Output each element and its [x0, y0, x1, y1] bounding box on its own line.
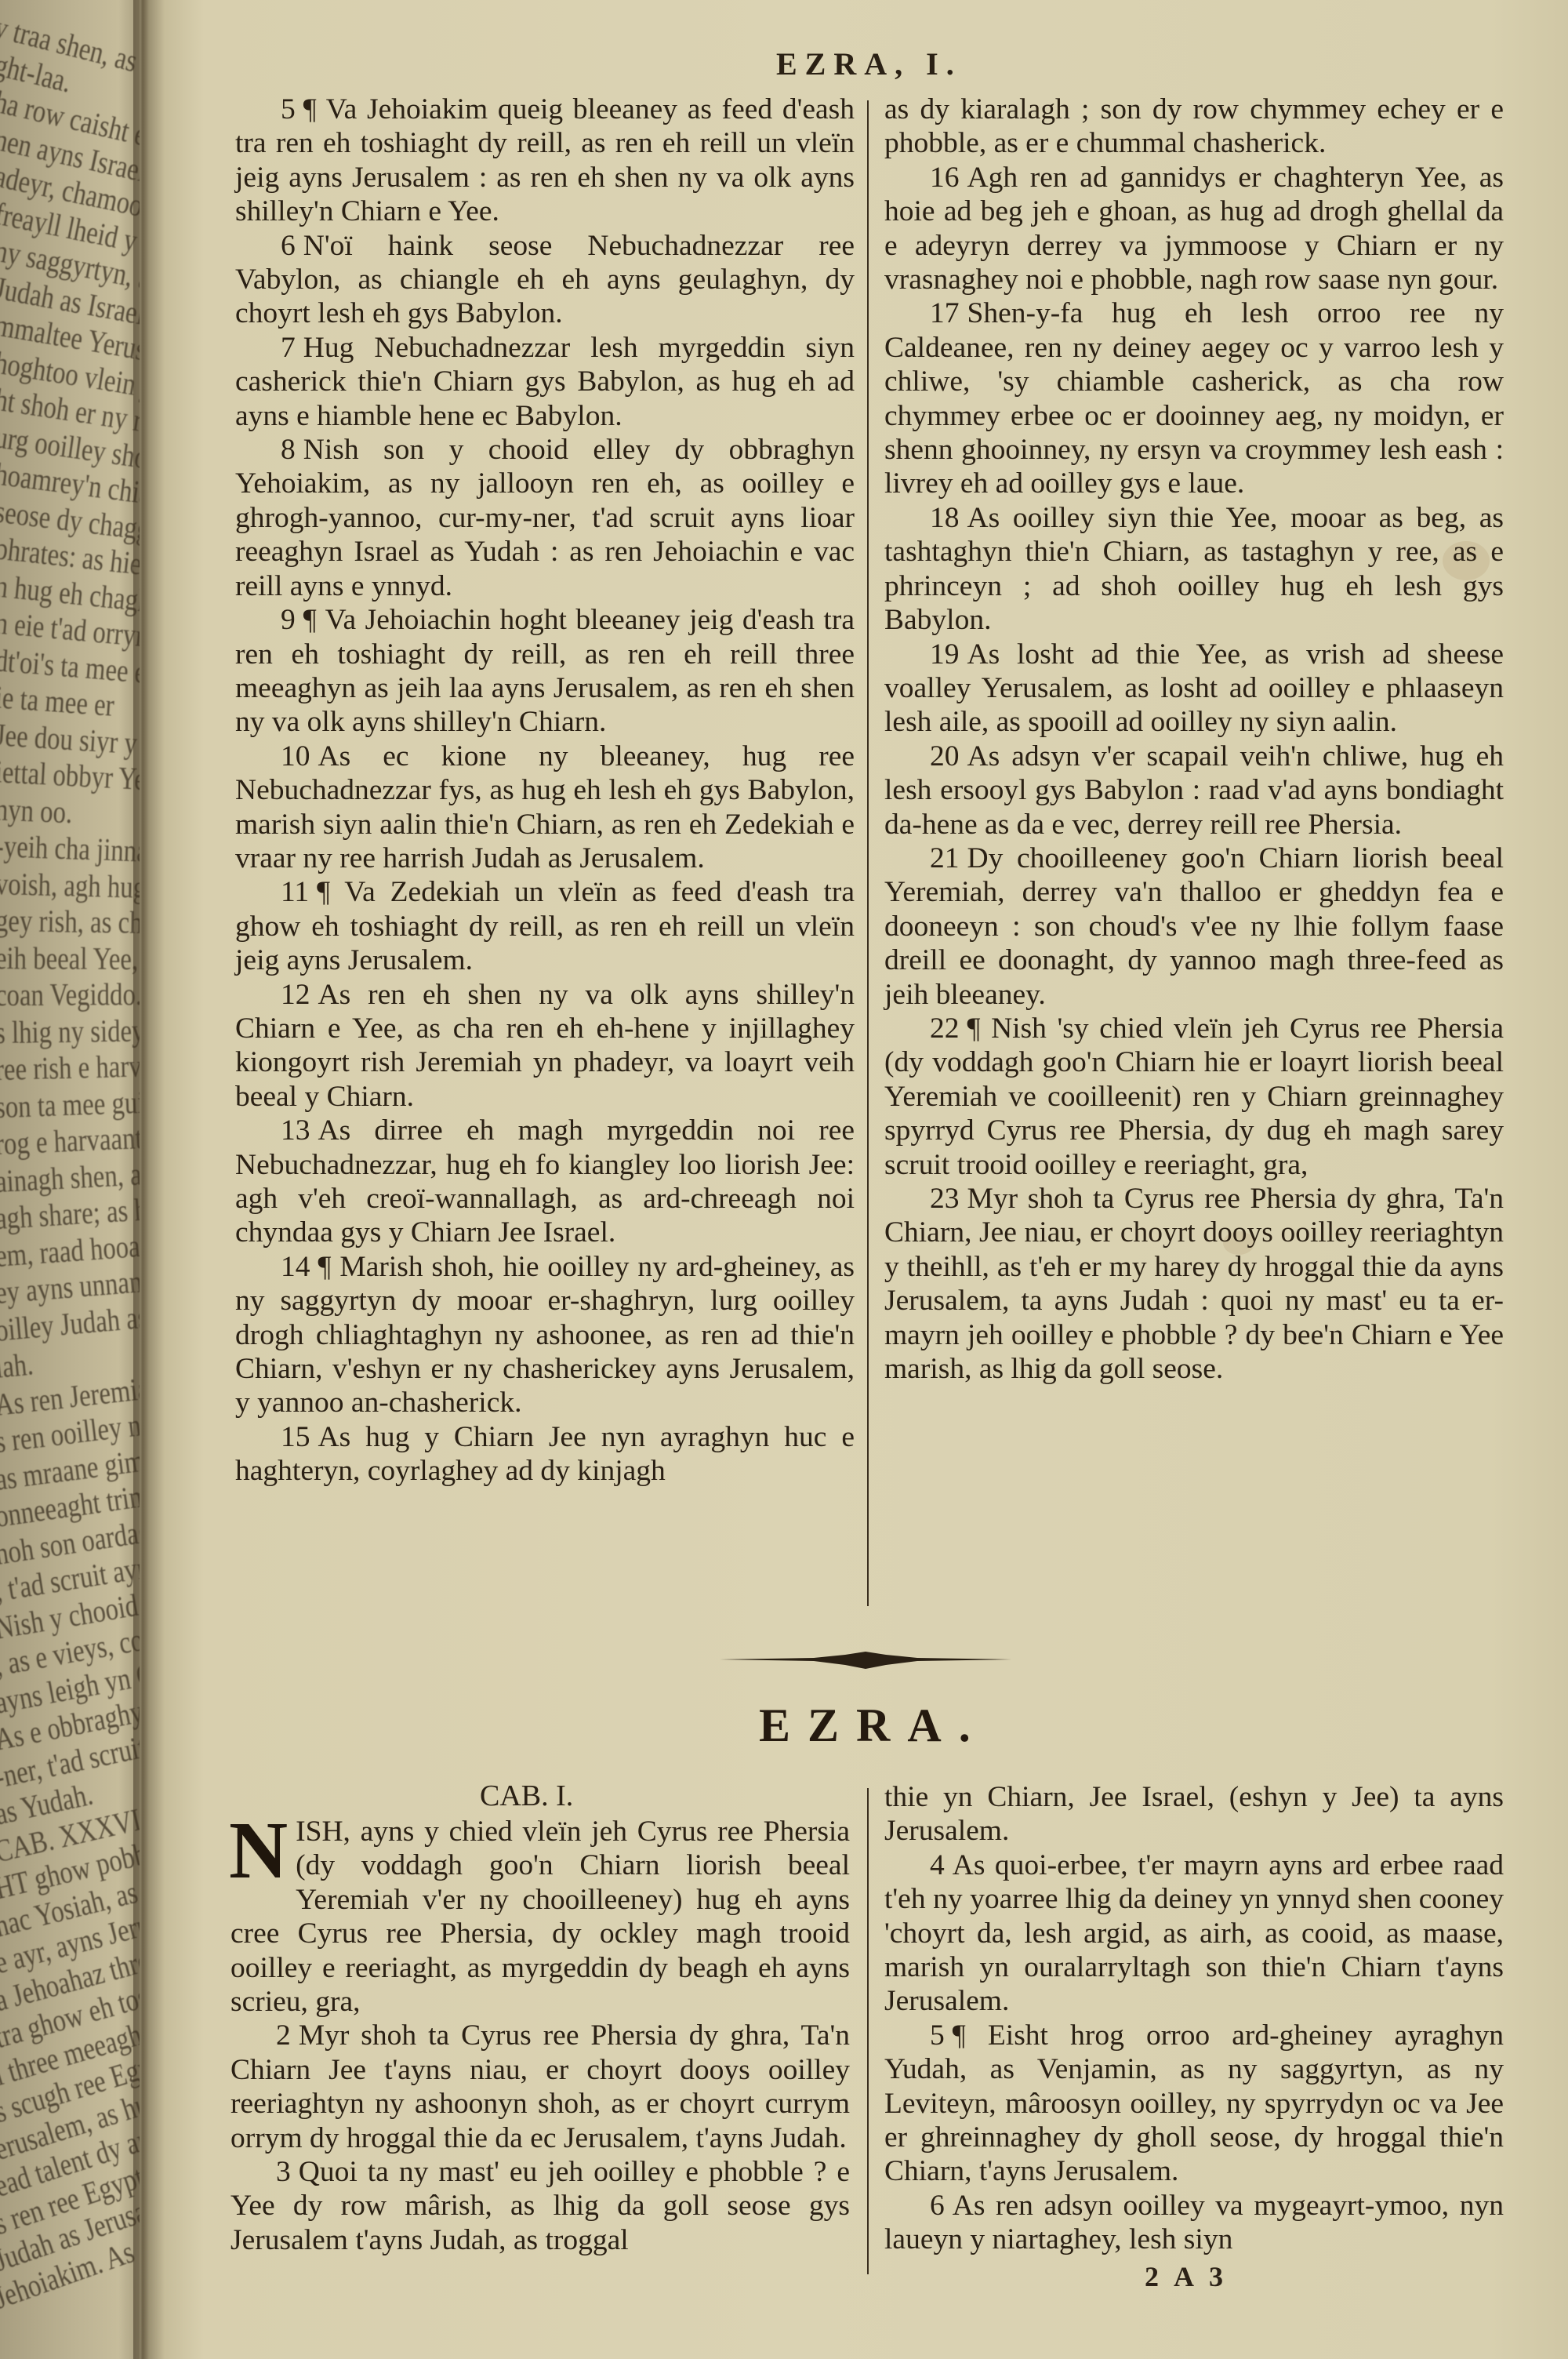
verse-number: 6	[281, 230, 296, 262]
gutter-shadow	[133, 0, 165, 2359]
pilcrow-icon: ¶	[317, 876, 344, 908]
verse-number: 12	[281, 979, 310, 1011]
verse: 5¶ Eisht hrog orroo ard-gheiney ayraghyn…	[884, 2019, 1504, 2189]
verse-text: As losht ad thie Yee, as vrish ad sheese…	[884, 638, 1504, 739]
verse-number: 16	[930, 162, 960, 194]
verse-continuation: thie yn Chiarn, Jee Israel, (eshyn y Jee…	[884, 1780, 1504, 1848]
previous-page-line: rog e harvaantyn	[0, 1118, 140, 1162]
verse-number: 2	[276, 2019, 291, 2052]
previous-page-line: -yeih cha jinnagh	[0, 827, 140, 871]
verse: 12As ren eh shen ny va olk ayns shilley'…	[235, 978, 855, 1114]
verse-text: Quoi ta ny mast' eu jeh ooilley e phobbl…	[230, 2156, 850, 2256]
previous-page-line: iah.	[0, 1345, 34, 1386]
verse-text: Myr shoh ta Cyrus ree Phersia dy ghra, T…	[884, 1183, 1504, 1385]
verse: 22¶ Nish 'sy chied vleïn jeh Cyrus ree P…	[884, 1012, 1504, 1182]
verse-number: 18	[930, 502, 960, 534]
ornamental-rule-icon	[720, 1650, 1011, 1670]
verse: 11¶ Va Zedekiah un vleïn as feed d'eash …	[235, 875, 855, 977]
signature-mark: 2 A 3	[1145, 2260, 1228, 2293]
verse-number: 5	[281, 93, 296, 125]
verse: 7Hug Nebuchadnezzar lesh myrgeddin siyn …	[235, 331, 855, 433]
verse: 21Dy chooilleeney goo'n Chiarn liorish b…	[884, 841, 1504, 1012]
verse-number: 19	[930, 638, 960, 671]
previous-page-line: s lhig ny sideyryn er	[0, 1011, 140, 1051]
verse: 2Myr shoh ta Cyrus ree Phersia dy ghra, …	[230, 2019, 850, 2155]
verse: 6N'oï haink seose Nebuchadnezzar ree Vab…	[235, 229, 855, 331]
verse-text: As ren adsyn ooilley va mygeayrt-ymoo, n…	[884, 2190, 1504, 2255]
verse: 16Agh ren ad gannidys er chaghteryn Yee,…	[884, 161, 1504, 297]
verse: 14¶ Marish shoh, hie ooilley ny ard-ghei…	[235, 1250, 855, 1420]
verse-text: As dirree eh magh myrgeddin noi ree Nebu…	[235, 1114, 855, 1249]
verse-text: Nish son y chooid elley dy obbraghyn Yeh…	[235, 434, 855, 602]
verse-text: As ec kione ny bleeaney, hug ree Nebucha…	[235, 740, 855, 874]
text-column-top-right: as dy kiaralagh ; son dy row chymmey ech…	[884, 93, 1504, 1386]
verse-1-lead: ISH, ayns y chied vleïn jeh Cyrus ree	[296, 1816, 753, 1848]
verse-text: Dy chooilleeney goo'n Chiarn liorish bee…	[884, 842, 1504, 1011]
verse-text: Shen-y-fa hug eh lesh orroo ree ny Calde…	[884, 297, 1504, 500]
text-column-bottom-left: NISH, ayns y chied vleïn jeh Cyrus ree P…	[230, 1815, 850, 2257]
running-head: EZRA, I.	[776, 45, 962, 82]
verse-text: Myr shoh ta Cyrus ree Phersia dy ghra, T…	[230, 2019, 850, 2154]
drop-cap: N	[229, 1818, 288, 1884]
verse-text: as dy kiaralagh ; son dy row chymmey ech…	[884, 93, 1504, 159]
verse: 23Myr shoh ta Cyrus ree Phersia dy ghra,…	[884, 1182, 1504, 1386]
verse-number: 17	[930, 297, 960, 329]
verse: 9¶ Va Jehoiachin hoght bleeaney jeig d'e…	[235, 603, 855, 740]
verse-number: 21	[930, 842, 960, 874]
verse-text: As hug y Chiarn Jee nyn ayraghyn huc e h…	[235, 1421, 855, 1487]
previous-page-line: coan Vegiddo.	[0, 976, 140, 1013]
verse-number: 8	[281, 434, 296, 466]
pilcrow-icon: ¶	[967, 1012, 992, 1045]
verse-text: As ooilley siyn thie Yee, mooar as beg, …	[884, 502, 1504, 636]
pilcrow-icon: ¶	[953, 2019, 988, 2052]
verse: 5¶ Va Jehoiakim queig bleeaney as feed d…	[235, 93, 855, 229]
verse-text: N'oï haink seose Nebuchadnezzar ree Vaby…	[235, 230, 855, 330]
previous-page-line: nyn oo.	[0, 791, 73, 831]
verse: 15As hug y Chiarn Jee nyn ayraghyn huc e…	[235, 1420, 855, 1488]
verse: 3Quoi ta ny mast' eu jeh ooilley e phobb…	[230, 2155, 850, 2257]
verse-text: As adsyn v'er scapail veih'n chliwe, hug…	[884, 740, 1504, 841]
verse-number: 3	[276, 2156, 291, 2188]
verse-text: As quoi-erbee, t'er mayrn ayns ard erbee…	[884, 1849, 1504, 2018]
verse-number: 4	[930, 1849, 945, 1881]
chapter-heading: CAB. I.	[480, 1779, 573, 1813]
verse-text: Va Jehoiakim queig bleeaney as feed d'ea…	[235, 93, 855, 227]
verse-number: 20	[930, 740, 960, 772]
text-column-bottom-right: thie yn Chiarn, Jee Israel, (eshyn y Jee…	[884, 1780, 1504, 2257]
verse: 17Shen-y-fa hug eh lesh orroo ree ny Cal…	[884, 296, 1504, 500]
column-divider-rule	[867, 100, 869, 1606]
verse-text: thie yn Chiarn, Jee Israel, (eshyn y Jee…	[884, 1781, 1504, 1847]
verse-text: Hug Nebuchadnezzar lesh myrgeddin siyn c…	[235, 332, 855, 432]
verse-number: 14	[281, 1251, 310, 1283]
verse-number: 15	[281, 1421, 310, 1453]
verse: 10As ec kione ny bleeaney, hug ree Nebuc…	[235, 740, 855, 876]
previous-page-line: ree rish e harvaantyn	[0, 1045, 140, 1088]
previous-page-line: eih beeal Yee, as	[0, 940, 140, 977]
verse-number: 10	[281, 740, 310, 772]
verse: 18As ooilley siyn thie Yee, mooar as beg…	[884, 501, 1504, 638]
verse-number: 23	[930, 1183, 960, 1215]
previous-page-strip: y traa shen, as feailleyght-laa.ha row c…	[0, 0, 140, 2359]
verse-number: 5	[930, 2019, 945, 2052]
verse-number: 11	[281, 876, 309, 908]
verse-number: 13	[281, 1114, 310, 1147]
verse-number: 7	[281, 332, 296, 364]
column-divider-rule	[867, 1788, 869, 2274]
previous-page-line: son ta mee guint	[0, 1082, 140, 1125]
text-column-top-left: 5¶ Va Jehoiakim queig bleeaney as feed d…	[235, 93, 855, 1488]
verse-number: 6	[930, 2190, 945, 2222]
verse-text: As ren eh shen ny va olk ayns shilley'n …	[235, 979, 855, 1113]
verse: 8Nish son y chooid elley dy obbraghyn Ye…	[235, 433, 855, 603]
verse-continuation: as dy kiaralagh ; son dy row chymmey ech…	[884, 93, 1504, 161]
verse: 6As ren adsyn ooilley va mygeayrt-ymoo, …	[884, 2189, 1504, 2257]
verse-number: 9	[281, 604, 296, 636]
book-title: EZRA.	[759, 1699, 988, 1753]
verse: 20As adsyn v'er scapail veih'n chliwe, h…	[884, 740, 1504, 841]
pilcrow-icon: ¶	[303, 604, 325, 636]
pilcrow-icon: ¶	[303, 93, 326, 125]
verse: 13As dirree eh magh myrgeddin noi ree Ne…	[235, 1114, 855, 1250]
previous-page-line: gey rish, as cha d'eaist	[0, 902, 140, 942]
pilcrow-icon: ¶	[318, 1251, 340, 1283]
verse-text: Agh ren ad gannidys er chaghteryn Yee, a…	[884, 162, 1504, 296]
previous-page-line: voish, agh hug eh	[0, 865, 140, 907]
verse-text: Va Jehoiachin hoght bleeaney jeig d'eash…	[235, 604, 855, 738]
verse-number: 22	[930, 1012, 960, 1045]
verse: 19As losht ad thie Yee, as vrish ad shee…	[884, 638, 1504, 740]
verse: 4As quoi-erbee, t'er mayrn ayns ard erbe…	[884, 1848, 1504, 2019]
verse-1: NISH, ayns y chied vleïn jeh Cyrus ree P…	[230, 1815, 850, 2019]
